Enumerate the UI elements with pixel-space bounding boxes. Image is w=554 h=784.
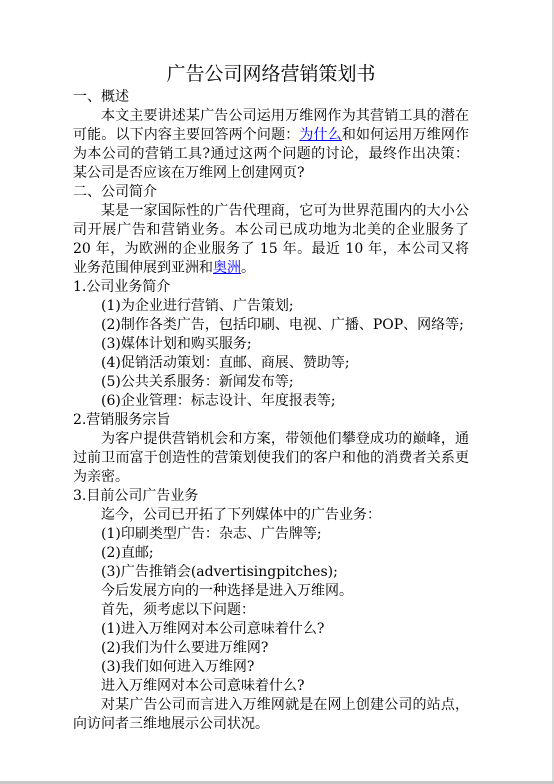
paragraph: (5)公共关系服务：新闻发布等; [73,373,469,392]
text-run: 某是一家国际性的广告代理商，它可为世界范围内的大小公司开展广告和营销业务。本公司… [73,203,469,276]
text-run: 迄今，公司已开拓了下列媒体中的广告业务： [101,507,381,523]
section-heading: 2.营销服务宗旨 [73,411,469,430]
text-run: (2)制作各类广告，包括印刷、电视、广播、POP、网络等; [101,317,464,333]
text-run: (1)进入万维网对本公司意味着什么? [101,621,324,637]
paragraph: 首先，须考虑以下问题： [73,601,469,620]
document-content: 广告公司网络营销策划书 一、概述本文主要讲述某广告公司运用万维网作为其营销工具的… [73,61,469,734]
text-run: (3)我们如何进入万维网? [101,659,254,675]
hyperlink[interactable]: 奥洲 [213,260,241,276]
section-heading: 一、概述 [73,88,469,107]
text-run: 为客户提供营销机会和方案，带领他们攀登成功的巅峰，通过前卫而富于创造性的营策划使… [73,431,469,485]
text-run: (1)印刷类型广告：杂志、广告牌等; [101,526,322,542]
paragraph: 进入万维网对本公司意味着什么? [73,677,469,696]
text-run: 二、公司简介 [73,184,157,200]
paragraph: (2)制作各类广告，包括印刷、电视、广播、POP、网络等; [73,316,469,335]
paragraph: (1)为企业进行营销、广告策划; [73,297,469,316]
document-body: 一、概述本文主要讲述某广告公司运用万维网作为其营销工具的潜在可能。以下内容主要回… [73,88,469,734]
paragraph: (2)直邮; [73,544,469,563]
text-run: 今后发展方向的一种选择是进入万维网。 [101,583,353,599]
paragraph: (1)印刷类型广告：杂志、广告牌等; [73,525,469,544]
text-run: (6)企业管理：标志设计、年度报表等; [101,393,336,409]
text-run: 3.目前公司广告业务 [73,488,198,504]
text-run: 。 [241,260,255,276]
paragraph: (3)媒体计划和购买服务; [73,335,469,354]
document-page: 广告公司网络营销策划书 一、概述本文主要讲述某广告公司运用万维网作为其营销工具的… [0,0,554,784]
document-title: 广告公司网络营销策划书 [73,61,469,88]
text-run: 2.营销服务宗旨 [73,412,170,428]
text-run: 对某广告公司而言进入万维网就是在网上创建公司的站点，向访问者三维地展示公司状况。 [73,697,469,732]
text-run: 首先，须考虑以下问题： [101,602,255,618]
text-run: 进入万维网对本公司意味着什么? [101,678,305,694]
paragraph: 对某广告公司而言进入万维网就是在网上创建公司的站点，向访问者三维地展示公司状况。 [73,696,469,734]
paragraph: (4)促销活动策划：直邮、商展、赞助等; [73,354,469,373]
section-heading: 1.公司业务简介 [73,278,469,297]
text-run: (2)直邮; [101,545,154,561]
paragraph: 今后发展方向的一种选择是进入万维网。 [73,582,469,601]
paragraph: 本文主要讲述某广告公司运用万维网作为其营销工具的潜在可能。以下内容主要回答两个问… [73,107,469,183]
section-heading: 二、公司简介 [73,183,469,202]
paragraph: 为客户提供营销机会和方案，带领他们攀登成功的巅峰，通过前卫而富于创造性的营策划使… [73,430,469,487]
paragraph: 迄今，公司已开拓了下列媒体中的广告业务： [73,506,469,525]
paragraph: (2)我们为什么要进万维网? [73,639,469,658]
text-run: (3)媒体计划和购买服务; [101,336,252,352]
text-run: (3)广告推销会(advertisingpitches); [101,564,338,580]
paragraph: (1)进入万维网对本公司意味着什么? [73,620,469,639]
paragraph: (6)企业管理：标志设计、年度报表等; [73,392,469,411]
text-run: 一、概述 [73,89,129,105]
paragraph: (3)我们如何进入万维网? [73,658,469,677]
paragraph: 某是一家国际性的广告代理商，它可为世界范围内的大小公司开展广告和营销业务。本公司… [73,202,469,278]
section-heading: 3.目前公司广告业务 [73,487,469,506]
text-run: (4)促销活动策划：直邮、商展、赞助等; [101,355,350,371]
hyperlink[interactable]: 为什么 [299,127,341,143]
text-run: 1.公司业务简介 [73,279,170,295]
paragraph: (3)广告推销会(advertisingpitches); [73,563,469,582]
text-run: (1)为企业进行营销、广告策划; [101,298,294,314]
text-run: (5)公共关系服务：新闻发布等; [101,374,294,390]
text-run: (2)我们为什么要进万维网? [101,640,268,656]
